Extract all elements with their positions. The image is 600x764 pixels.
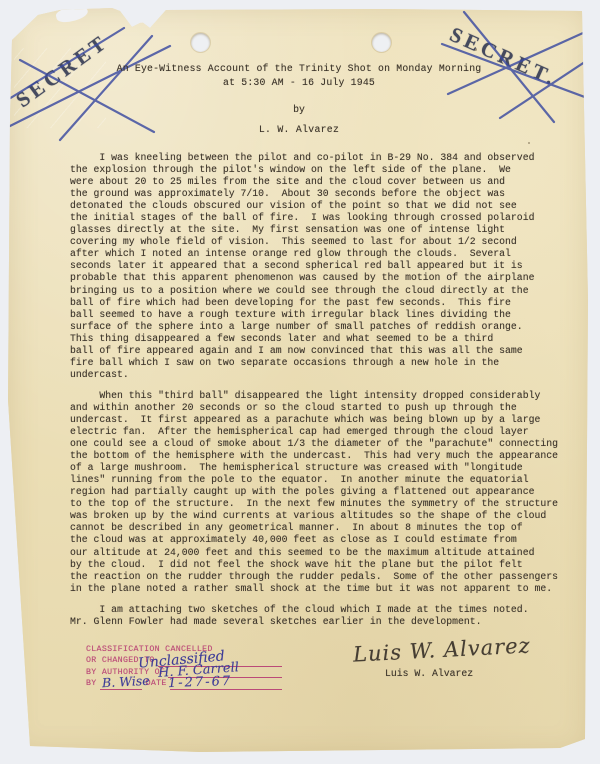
handwritten-date: 1-27-67 (168, 674, 233, 691)
body-paragraph-1: I was kneeling between the pilot and co-… (70, 152, 570, 381)
document-title: An Eye-Witness Account of the Trinity Sh… (8, 62, 590, 89)
byline: by (8, 104, 590, 115)
paper-speck (528, 142, 530, 144)
signature-typed: Luis W. Alvarez (385, 668, 473, 679)
punch-hole-right (372, 33, 391, 52)
document-body: I was kneeling between the pilot and co-… (70, 152, 570, 628)
author-name: L. W. Alvarez (8, 124, 590, 135)
body-paragraph-2: When this "third ball" disappeared the l… (70, 390, 570, 595)
document-paper: SECRET SECRET. An Eye-Witness Account of… (8, 6, 590, 756)
handwritten-by-name: B. Wise (102, 673, 150, 690)
signature-handwritten: Luis W. Alvarez (352, 633, 531, 666)
body-paragraph-3: I am attaching two sketches of the cloud… (70, 604, 570, 628)
title-line-2: at 5:30 AM - 16 July 1945 (8, 76, 590, 90)
title-line-1: An Eye-Witness Account of the Trinity Sh… (8, 62, 590, 76)
punch-hole-left (191, 33, 210, 52)
